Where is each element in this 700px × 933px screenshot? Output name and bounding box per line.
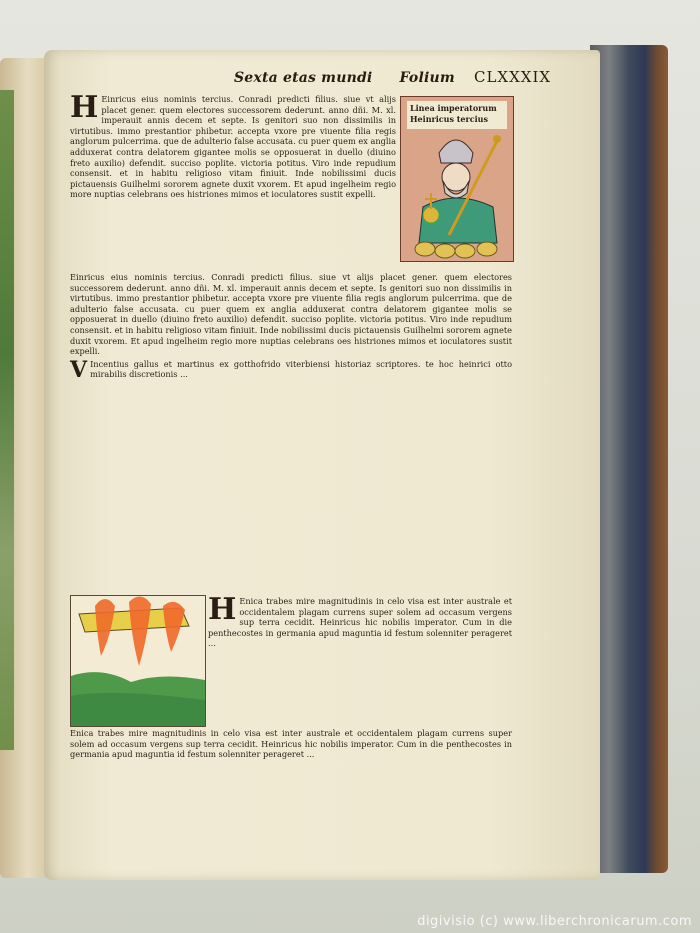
drop-cap-2: V [70, 360, 87, 380]
right-page: Sexta etas mundi Folium CLXXXIX H Einric… [44, 50, 600, 880]
text-column-right-of-woodcut: H Enica trabes mire magnitudinis in celo… [208, 596, 512, 649]
portrait-caption: Linea imperatorum Heinricus tercius [407, 101, 507, 129]
paragraph-2: Incentius gallus et martinus ex gotthofr… [90, 359, 512, 380]
paragraph-3: Enica trabes mire magnitudinis in celo v… [208, 596, 512, 649]
portrait-caption-line-1: Linea imperatorum [410, 103, 504, 114]
drop-cap-3: H [208, 597, 236, 623]
emperor-portrait-woodcut: Linea imperatorum Heinricus tercius [400, 96, 514, 262]
watermark: digivisio (c) www.liberchronicarum.com [417, 914, 692, 929]
comet-woodcut [70, 595, 206, 727]
folio-number: CLXXXIX [474, 68, 551, 86]
paragraph-1-continued: Einricus eius nominis tercius. Conradi p… [70, 272, 512, 357]
page-header: Sexta etas mundi Folium CLXXXIX [234, 68, 594, 86]
paragraph-3-continued: Enica trabes mire magnitudinis in celo v… [70, 728, 512, 760]
portrait-caption-line-2: Heinricus tercius [410, 114, 504, 125]
folio-label: Folium [400, 70, 455, 86]
paragraph-2-block: V Incentius gallus et martinus ex gottho… [70, 359, 512, 380]
left-page-illustration-strip [0, 90, 14, 750]
text-column-bottom: Enica trabes mire magnitudinis in celo v… [70, 728, 512, 760]
comet-icon [71, 596, 205, 726]
running-title: Sexta etas mundi [234, 70, 372, 86]
text-column-top: H Einricus eius nominis tercius. Conradi… [70, 94, 396, 200]
book-page-edges [590, 45, 668, 873]
drop-cap: H [70, 95, 98, 121]
paragraph-1: Einricus eius nominis tercius. Conradi p… [70, 94, 396, 200]
text-column-middle: Einricus eius nominis tercius. Conradi p… [70, 272, 512, 380]
